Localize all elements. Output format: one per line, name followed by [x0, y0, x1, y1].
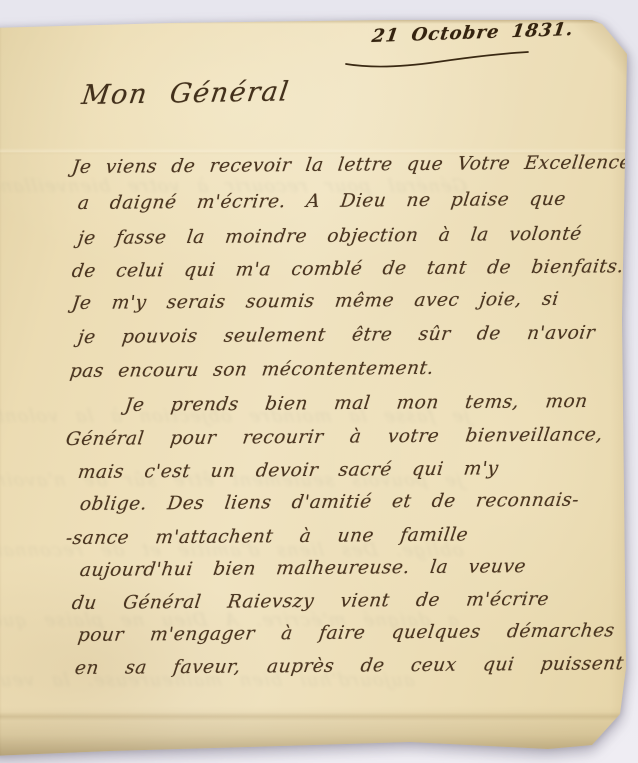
body-line: aujourd'hui bien malheureuse. la veuve — [79, 556, 528, 581]
body-line: Je prends bien mal mon tems, mon — [124, 391, 589, 416]
body-line: oblige. Des liens d'amitié et de reconna… — [79, 490, 581, 515]
body-line: a daigné m'écrire. A Dieu ne plaise que — [77, 189, 568, 214]
salutation: Mon Général — [80, 76, 292, 111]
body-line: je fasse la moindre objection à la volon… — [77, 224, 583, 249]
body-line: du Général Raievszy vient de m'écrire — [71, 589, 551, 614]
paper-corner-fold — [570, 18, 630, 78]
body-line: je pouvois seulement être sûr de n'avoir — [77, 322, 597, 348]
letter-scan: Général pour recourir à votre bienveilla… — [0, 0, 638, 763]
paper-bottom-curl — [0, 706, 638, 758]
body-line: pas encouru son mécontentement. — [69, 358, 436, 382]
body-line: de celui qui m'a comblé de tant de bienf… — [71, 256, 626, 282]
body-line: pour m'engager à faire quelques démarche… — [77, 620, 616, 646]
body-line: mais c'est un devoir sacré qui m'y — [77, 458, 500, 483]
body-line: en sa faveur, auprès de ceux qui puissen… — [74, 653, 626, 679]
body-line: Général pour recourir à votre bienveilla… — [65, 424, 604, 450]
paper-left-edge — [0, 18, 2, 758]
body-line: Je m'y serais soumis même avec joie, si — [71, 289, 560, 314]
letter-paper: Général pour recourir à votre bienveilla… — [0, 18, 638, 758]
paper-shadow: Général pour recourir à votre bienveilla… — [0, 0, 638, 763]
paper-right-edge — [610, 18, 638, 758]
date-underline-flourish — [342, 44, 532, 70]
body-line: Je viens de recevoir la lettre que Votre… — [71, 152, 633, 178]
body-line: -sance m'attachent à une famille — [65, 524, 470, 549]
